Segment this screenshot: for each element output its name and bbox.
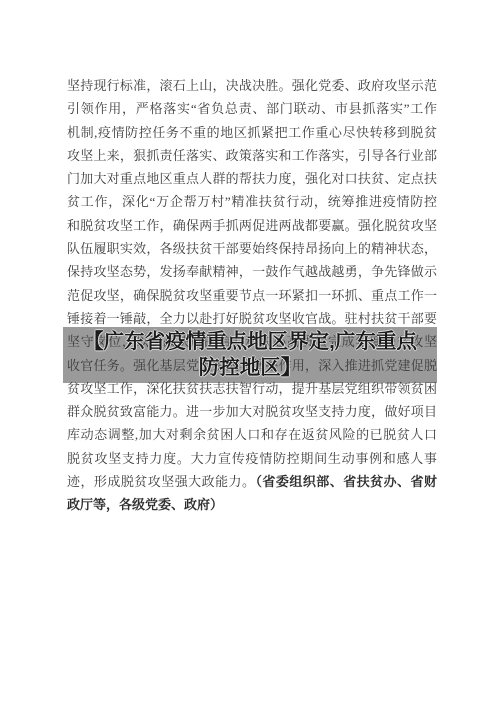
text-line: 和脱贫攻坚工作，确保两手抓两促进两战都要赢。强化脱贫攻坚 [67,214,437,237]
text-line: 群众脱贫致富能力。进一步加大对脱贫攻坚支持力度，做好项目 [67,400,437,423]
text-line: 范促攻坚，确保脱贫攻坚重要节点一环紧扣一环抓、重点工作一 [67,284,437,307]
overlay-title-line1: 【广东省疫情重点地区界定,广东重点 [83,329,417,355]
attribution-bold-end: 政厅等，各级党委、政府） [67,493,437,516]
text-line: 库动态调整,加大对剩余贫困人口和存在返贫风险的已脱贫人口 [67,423,437,446]
text-line: 脱贫攻坚支持力度。大力宣传疫情防控期间生动事例和感人事 [67,447,437,470]
overlay-title: 【广东省疫情重点地区界定,广东重点 防控地区】 [63,327,437,383]
text-line-mixed: 迹，形成脱贫攻坚强大政能力。（省委组织部、省扶贫办、省财 [67,470,437,493]
text-line: 引领作用，严格落实“省负总责、部门联动、市县抓落实”工作 [67,97,437,120]
text-line: 攻坚上来，狠抓责任落实、政策落实和工作落实，引导各行业部 [67,144,437,167]
text-line: 机制,疫情防控任务不重的地区抓紧把工作重心尽快转移到脱贫 [67,121,437,144]
article-text: 坚持现行标准，滚石上山，决战决胜。强化党委、政府攻坚示范 引领作用，严格落实“省… [67,74,437,517]
text-line: 坚持现行标准，滚石上山，决战决胜。强化党委、政府攻坚示范 [67,74,437,97]
overlay-title-line2: 防控地区】 [199,355,302,381]
text-line: 贫工作，深化“万企帮万村”精准扶贫行动，统筹推进疫情防控 [67,190,437,213]
text-line: 门加大对重点地区重点人群的帮扶力度，强化对口扶贫、定点扶 [67,167,437,190]
document-page: 坚持现行标准，滚石上山，决战决胜。强化党委、政府攻坚示范 引领作用，严格落实“省… [0,0,500,707]
text-line: 队伍履职实效，各级扶贫干部要始终保持昂扬向上的精神状态， [67,237,437,260]
attribution-bold-start: （省委组织部、省扶贫办、省财 [255,474,437,489]
text-line-regular-part: 迹，形成脱贫攻坚强大政能力。 [67,474,255,489]
text-line: 保持攻坚态势，发扬奉献精神，一鼓作气越战越勇，争先锋做示 [67,260,437,283]
